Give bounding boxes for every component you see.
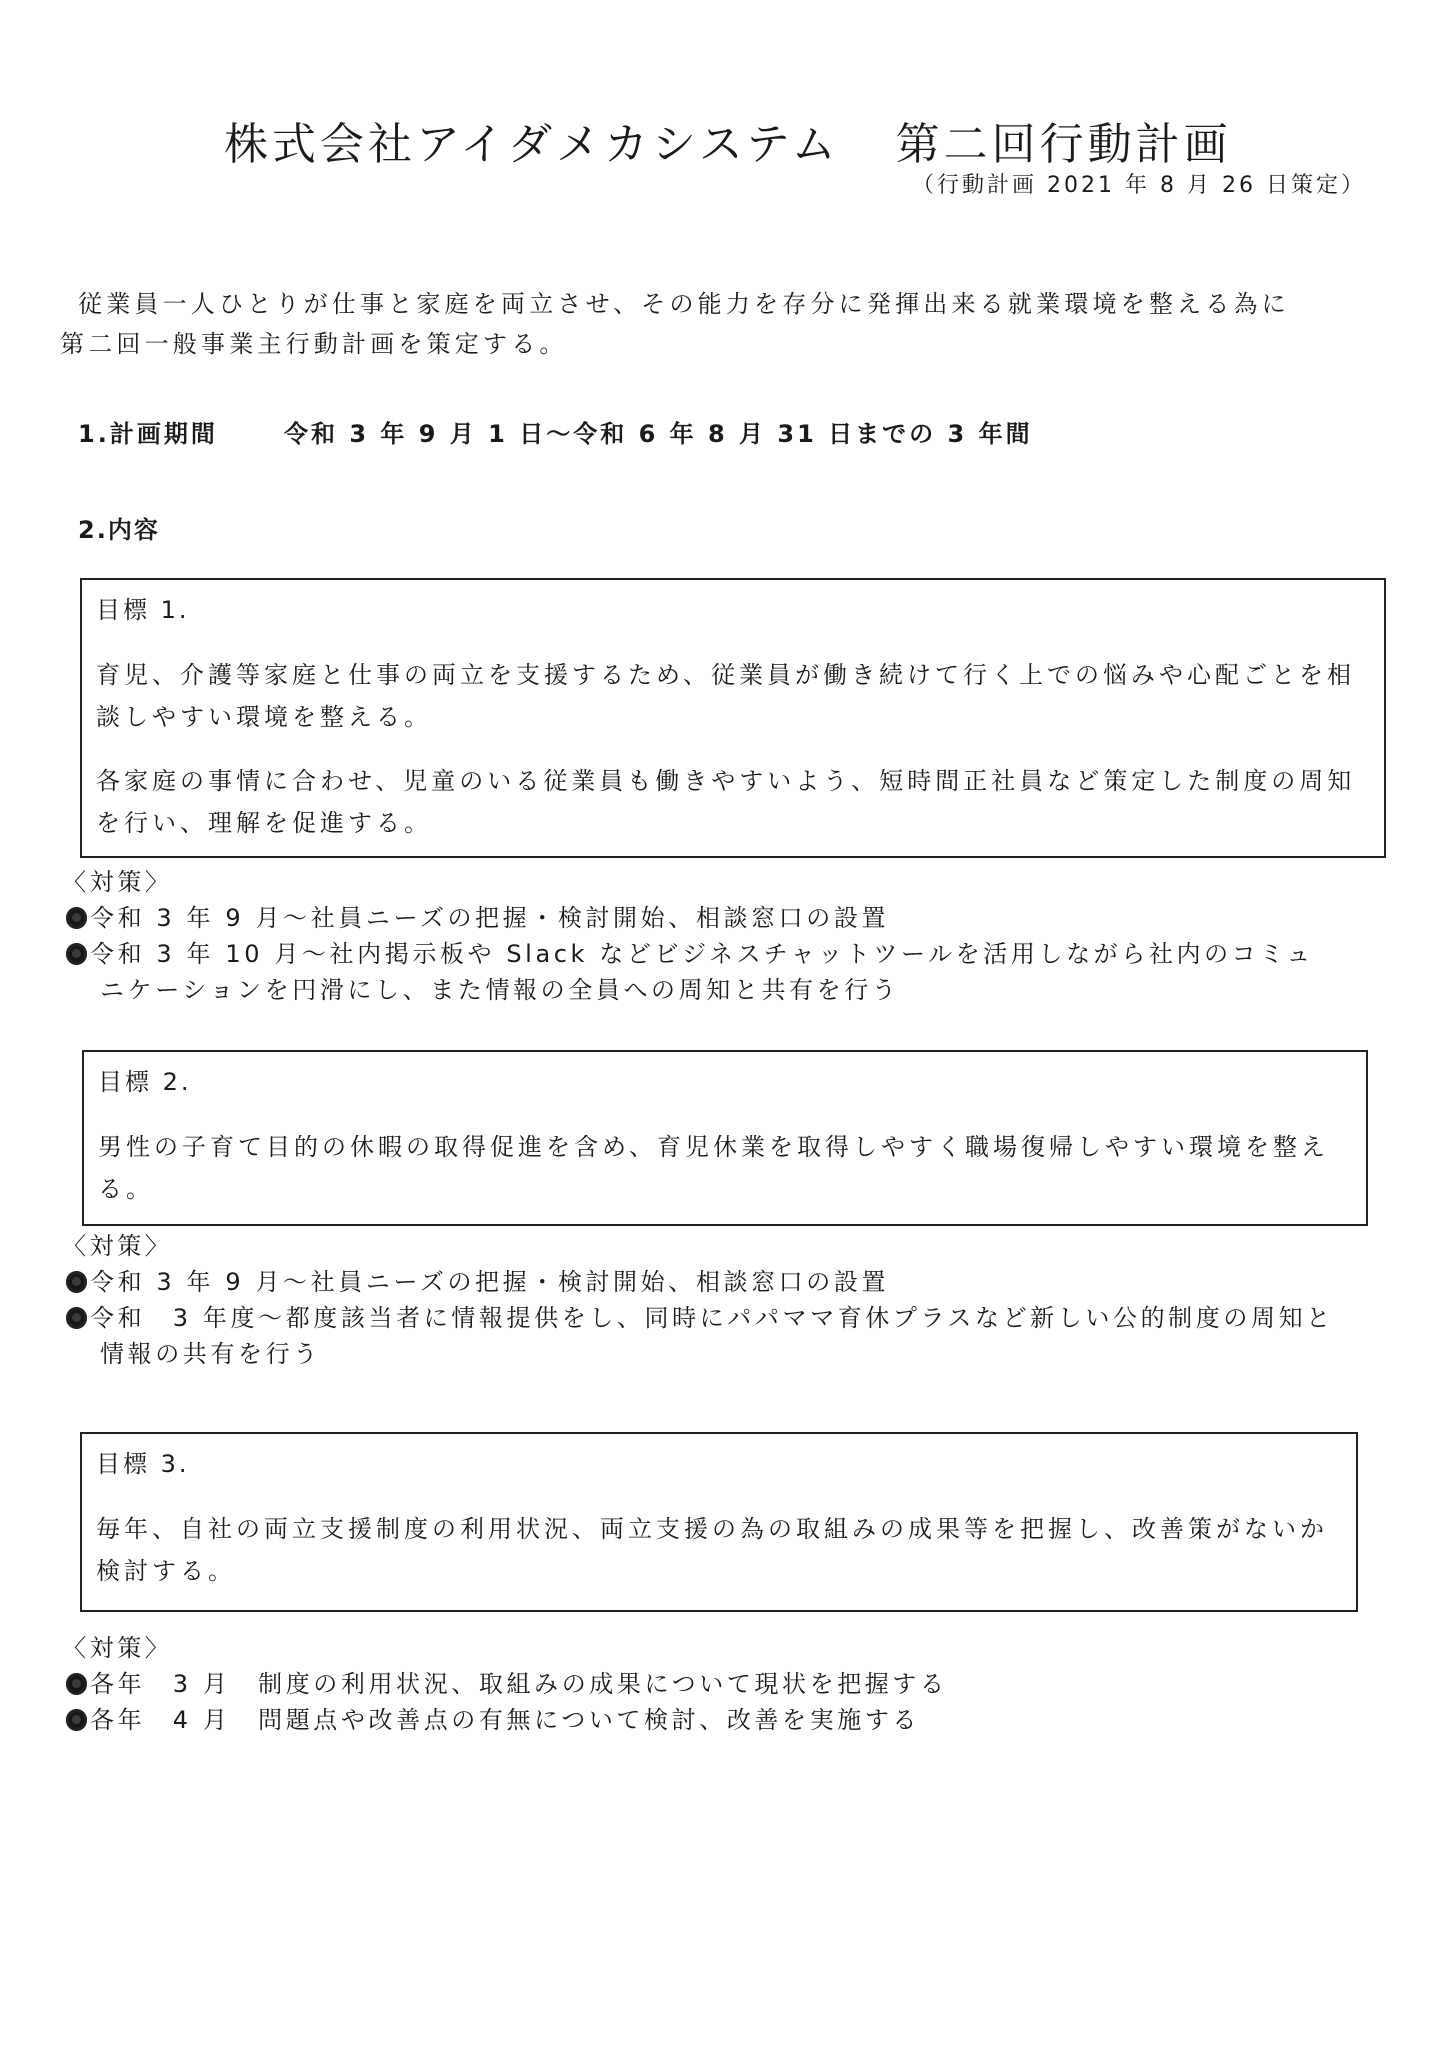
measure-item: 各年 3 月 制度の利用状況、取組みの成果について現状を把握する [64,1666,948,1702]
measure-item: 令和 3 年度～都度該当者に情報提供をし、同時にパパママ育休プラスなど新しい公的… [64,1300,1334,1372]
measure-text: 各年 4 月 問題点や改善点の有無について検討、改善を実施する [90,1706,920,1734]
plan-period-label: 1.計画期間 [78,414,284,449]
goal-label: 目標 1. [96,590,190,625]
measures-list-3: 〈対策〉 各年 3 月 制度の利用状況、取組みの成果について現状を把握する 各年… [64,1630,948,1738]
plan-period: 1.計画期間令和 3 年 9 月 1 日～令和 6 年 8 月 31 日までの … [78,414,1033,449]
plan-period-value: 令和 3 年 9 月 1 日～令和 6 年 8 月 31 日までの 3 年間 [284,420,1033,448]
goal-paragraph: 各家庭の事情に合わせ、児童のいる従業員も働きやすいよう、短時間正社員など策定した… [96,760,1370,844]
bullet-icon [66,1307,87,1329]
measure-item: 令和 3 年 9 月～社員ニーズの把握・検討開始、相談窓口の設置 [64,1264,1334,1300]
measures-heading: 〈対策〉 [62,864,1314,900]
intro-line-2: 第二回一般事業主行動計画を策定する。 [60,324,1400,364]
measure-text: 各年 3 月 制度の利用状況、取組みの成果について現状を把握する [90,1670,948,1698]
intro-paragraph: 従業員一人ひとりが仕事と家庭を両立させ、その能力を存分に発揮出来る就業環境を整え… [60,284,1400,364]
bullet-icon [66,907,87,929]
goal-paragraph: 男性の子育て目的の休暇の取得促進を含め、育児休業を取得しやすく職場復帰しやすい環… [98,1126,1352,1210]
measure-item: 令和 3 年 9 月～社員ニーズの把握・検討開始、相談窓口の設置 [64,900,1314,936]
bullet-icon [66,943,87,965]
measures-list-2: 〈対策〉 令和 3 年 9 月～社員ニーズの把握・検討開始、相談窓口の設置 令和… [64,1228,1334,1372]
document-title: 株式会社アイダメカシステム第二回行動計画 [224,108,1232,172]
measure-text: 令和 3 年度～都度該当者に情報提供をし、同時にパパママ育休プラスなど新しい公的… [90,1304,1334,1332]
goal-paragraph: 育児、介護等家庭と仕事の両立を支援するため、従業員が働き続けて行く上での悩みや心… [96,654,1370,738]
measure-text: 令和 3 年 9 月～社員ニーズの把握・検討開始、相談窓口の設置 [90,1268,889,1296]
goal-label: 目標 3. [96,1444,190,1479]
measures-heading: 〈対策〉 [62,1228,1334,1264]
measure-text-continued: ニケーションを円滑にし、また情報の全員への周知と共有を行う [90,972,1314,1008]
goal-paragraph: 毎年、自社の両立支援制度の利用状況、両立支援の為の取組みの成果等を把握し、改善策… [96,1508,1342,1592]
bullet-icon [66,1673,87,1695]
measure-item: 各年 4 月 問題点や改善点の有無について検討、改善を実施する [64,1702,948,1738]
measures-list-1: 〈対策〉 令和 3 年 9 月～社員ニーズの把握・検討開始、相談窓口の設置 令和… [64,864,1314,1008]
measure-text-continued: 情報の共有を行う [90,1336,1334,1372]
intro-line-1: 従業員一人ひとりが仕事と家庭を両立させ、その能力を存分に発揮出来る就業環境を整え… [60,284,1400,324]
goal-box-3: 目標 3. 毎年、自社の両立支援制度の利用状況、両立支援の為の取組みの成果等を把… [80,1432,1358,1612]
measure-item: 令和 3 年 10 月～社内掲示板や Slack などビジネスチャットツールを活… [64,936,1314,1008]
bullet-icon [66,1271,87,1293]
goal-box-2: 目標 2. 男性の子育て目的の休暇の取得促進を含め、育児休業を取得しやすく職場復… [82,1050,1368,1226]
goal-box-1: 目標 1. 育児、介護等家庭と仕事の両立を支援するため、従業員が働き続けて行く上… [80,578,1386,858]
document-subtitle: （行動計画 2021 年 8 月 26 日策定） [912,168,1366,199]
bullet-icon [66,1709,87,1731]
measures-heading: 〈対策〉 [62,1630,948,1666]
goal-label: 目標 2. [98,1062,192,1097]
measure-text: 令和 3 年 10 月～社内掲示板や Slack などビジネスチャットツールを活… [90,940,1314,968]
content-heading: 2.内容 [78,510,160,545]
title-plan: 第二回行動計画 [896,119,1232,170]
title-company: 株式会社アイダメカシステム [224,119,840,170]
measure-text: 令和 3 年 9 月～社員ニーズの把握・検討開始、相談窓口の設置 [90,904,889,932]
